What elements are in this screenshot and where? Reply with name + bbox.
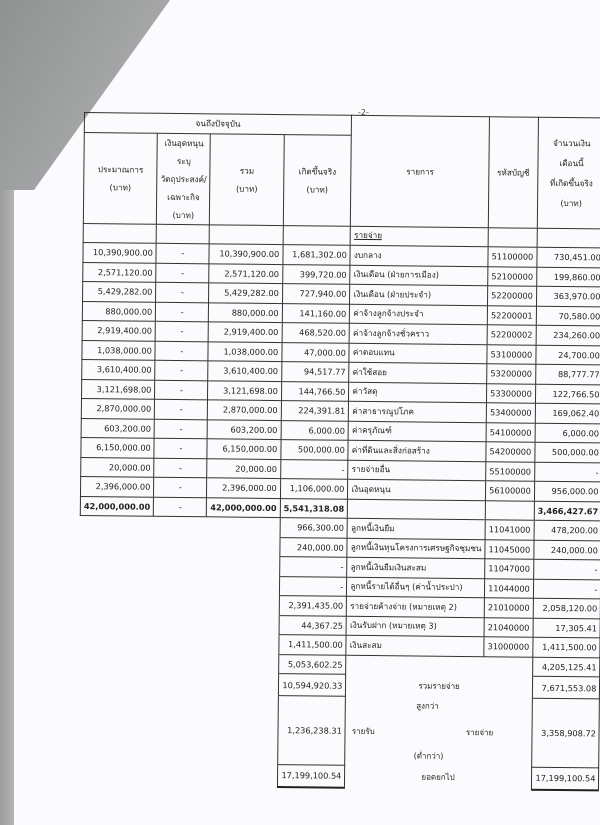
expense-table: จนถึงปัจจุบัน รายการ รหัสบัญชี จำนวนเงิน… — [77, 112, 600, 791]
grant-cell: - — [156, 263, 209, 283]
actual-cell: - — [279, 576, 347, 596]
month-cell: 240,000.00 — [534, 540, 600, 560]
blank-cell — [152, 614, 205, 634]
estimate-cell: 20,000.00 — [81, 457, 155, 477]
code-cell: 54200000 — [486, 442, 535, 462]
code-cell: 21010000 — [484, 598, 533, 618]
month-cell: 2,058,120.00 — [533, 598, 600, 618]
estimate-cell: 5,429,282.00 — [83, 281, 157, 301]
code-cell: 11045000 — [485, 539, 534, 559]
cell — [488, 227, 537, 247]
estimate-cell: 2,396,000.00 — [80, 476, 154, 496]
code-cell: 21040000 — [484, 617, 533, 637]
code-cell: 55100000 — [486, 461, 535, 481]
code-cell: 31000000 — [484, 637, 533, 657]
comparison-row: 1,236,238.31สูงกว่ารายรับรายจ่าย(ต่ำกว่า… — [78, 693, 600, 767]
blank-cell — [206, 517, 280, 537]
month-cell: 730,451.00 — [537, 247, 600, 267]
blank-cell — [205, 614, 279, 634]
estimate-cell: 880,000.00 — [82, 301, 156, 321]
blank-cell — [152, 633, 205, 653]
col-grant: เงินอุดหนุนระบุ วัตถุประสงค์/ เฉพาะกิจ (… — [157, 133, 211, 225]
budget-report: จนถึงปัจจุบัน รายการ รหัสบัญชี จำนวนเงิน… — [77, 112, 600, 791]
code-cell: 51100000 — [488, 247, 537, 267]
blank-cell — [348, 499, 486, 520]
item-cell: ลูกหนี้เงินยืมเงินสะสม — [347, 557, 485, 578]
section-title: รายจ่าย — [350, 226, 488, 247]
comparison-month: 3,358,908.72 — [531, 698, 599, 768]
code-cell: 11044000 — [485, 578, 534, 598]
month-cell: - — [533, 579, 600, 599]
month-cell: 24,700.00 — [536, 345, 600, 365]
expense-text: รายจ่าย — [466, 726, 493, 739]
blank-cell — [204, 764, 278, 787]
month-cell: 122,766.50 — [535, 384, 600, 404]
month-cell: 363,970.00 — [536, 286, 600, 306]
blank-cell — [484, 656, 533, 676]
blank-cell — [205, 673, 279, 696]
actual-total: 5,541,318.08 — [280, 498, 348, 518]
grant-cell: - — [154, 458, 207, 478]
item-cell: ค่าที่ดินและสิ่งก่อสร้าง — [348, 440, 486, 461]
actual-cell: 94,517.77 — [281, 362, 349, 382]
month-cell: 70,580.00 — [536, 306, 600, 326]
estimate-total: 42,000,000.00 — [80, 496, 154, 516]
total-cell: 1,038,000.00 — [208, 341, 282, 361]
col-estimate: ประมาณการ (บาท) — [83, 132, 157, 224]
blank-cell — [152, 653, 205, 673]
item-cell: ค่าจ้างลูกจ้างประจำ — [350, 304, 488, 325]
item-cell: เงินเดือน (ฝ่ายการเมือง) — [350, 265, 488, 286]
code-cell: 53100000 — [487, 344, 536, 364]
item-cell: ค่าครุภัณฑ์ — [348, 421, 486, 442]
actual-cell: 6,000.00 — [281, 420, 349, 440]
blank-cell — [206, 536, 280, 556]
month-cell: - — [533, 559, 600, 579]
code-cell: 52100000 — [488, 266, 537, 286]
blank-cell — [153, 555, 206, 575]
item-cell: ค่าจ้างลูกจ้างชั่วคราว — [349, 323, 487, 344]
blank-cell — [79, 652, 153, 672]
estimate-cell: 2,919,400.00 — [82, 320, 156, 340]
grant-cell: - — [155, 380, 208, 400]
month-cell: 169,062.40 — [535, 403, 600, 423]
item-cell: ค่าสาธารณูปโภค — [349, 401, 487, 422]
item-cell: งบกลาง — [350, 245, 488, 266]
actual-cell: - — [280, 459, 348, 479]
col-month: จำนวนเงิน เดือนนี้ ที่เกิดขึ้นจริง (บาท) — [537, 117, 600, 228]
comparison-label: สูงกว่ารายรับรายจ่าย(ต่ำกว่า) — [345, 696, 532, 767]
month-cell: 500,000.00 — [535, 442, 600, 462]
total-cell: 603,200.00 — [208, 419, 282, 439]
total-cell: 6,150,000.00 — [207, 439, 281, 459]
col-code: รหัสบัญชี — [488, 117, 538, 228]
total-cell: 20,000.00 — [207, 458, 281, 478]
total-cell: 2,571,120.00 — [209, 263, 283, 283]
carry-forward-actual: 17,199,100.54 — [277, 765, 345, 788]
month-cell: 6,000.00 — [535, 423, 600, 443]
actual-cell: 144,766.50 — [281, 381, 349, 401]
month-cell: - — [534, 462, 600, 482]
blank-cell — [346, 655, 484, 676]
code-cell: 52200000 — [488, 286, 537, 306]
blank-cell — [151, 763, 204, 786]
total-cell: 2,919,400.00 — [209, 322, 283, 342]
income-text: รายรับ — [352, 724, 375, 737]
total-cell: 880,000.00 — [209, 302, 283, 322]
total-cell: 2,870,000.00 — [208, 400, 282, 420]
grant-cell: - — [156, 282, 209, 302]
blank-cell — [153, 516, 206, 536]
month-cell: 17,305.41 — [533, 618, 600, 638]
blank-cell — [152, 672, 205, 695]
code-cell: 11041000 — [485, 520, 534, 540]
col-total: รวม (บาท) — [210, 133, 284, 225]
item-cell: เงินสะสม — [346, 635, 484, 656]
section-title-text: รายจ่าย — [354, 230, 382, 240]
code-cell: 52200002 — [487, 325, 536, 345]
actual-cell: 224,391.81 — [281, 401, 349, 421]
actual-cell: 141,160.00 — [282, 303, 350, 323]
blank-cell — [206, 575, 280, 595]
month-cell: 199,860.00 — [536, 267, 600, 287]
blank-cell — [206, 595, 280, 615]
blank-cell — [205, 653, 279, 673]
grand-total-actual: 10,594,920.33 — [278, 674, 346, 697]
blank-cell — [205, 634, 279, 654]
blank-cell — [204, 695, 278, 765]
actual-cell: 1,411,500.00 — [279, 635, 347, 655]
estimate-cell: 3,610,400.00 — [82, 359, 156, 379]
grant-cell: - — [156, 302, 209, 322]
grand-total-month: 7,671,553.08 — [532, 676, 600, 699]
code-cell: 11047000 — [485, 559, 534, 579]
item-cell: เงินอุดหนุน — [348, 479, 486, 500]
col-actual: เกิดขึ้นจริง (บาท) — [283, 134, 352, 226]
actual-cell: 966,300.00 — [280, 518, 348, 538]
month-cell: 234,260.00 — [536, 325, 600, 345]
item-cell: ลูกหนี้รายได้อื่นๆ (ค่าน้ำประปา) — [347, 577, 485, 598]
blank-cell — [78, 693, 152, 763]
blank-cell — [153, 536, 206, 556]
item-cell: ค่าใช้สอย — [349, 362, 487, 383]
grant-cell: - — [155, 399, 208, 419]
estimate-cell: 1,038,000.00 — [82, 340, 156, 360]
month-cell: 478,200.00 — [534, 520, 600, 540]
carry-forward-label: ยอดยกไป — [345, 765, 532, 789]
grand-total-label: รวมรายจ่าย — [346, 674, 533, 698]
grant-cell: - — [154, 419, 207, 439]
estimate-cell: 10,390,900.00 — [83, 242, 157, 262]
other-total-actual: 5,053,602.25 — [278, 654, 346, 674]
blank-cell — [79, 613, 153, 633]
total-cell: 3,610,400.00 — [208, 361, 282, 381]
higher-text: สูงกว่า — [416, 699, 439, 712]
grant-cell: - — [155, 341, 208, 361]
blank-cell — [79, 593, 153, 613]
carry-forward-month: 17,199,100.54 — [531, 767, 599, 790]
grant-cell: - — [155, 360, 208, 380]
actual-cell: - — [279, 557, 347, 577]
actual-cell: 399,720.00 — [282, 264, 350, 284]
item-cell: รายจ่ายค้างจ่าย (หมายเหตุ 2) — [347, 596, 485, 617]
actual-cell: 1,106,000.00 — [280, 479, 348, 499]
item-cell: ลูกหนี้เงินทุนโครงการเศรษฐกิจชุมชน — [347, 538, 485, 559]
code-cell: 56100000 — [486, 481, 535, 501]
month-cell: 88,777.77 — [535, 364, 600, 384]
blank-cell — [80, 535, 154, 555]
estimate-cell: 3,121,698.00 — [81, 379, 155, 399]
blank-cell — [485, 500, 534, 520]
cell — [210, 224, 284, 244]
estimate-cell: 6,150,000.00 — [81, 437, 155, 457]
actual-cell: 44,367.25 — [279, 615, 347, 635]
grant-cell: - — [154, 438, 207, 458]
blank-cell — [77, 762, 151, 785]
total-cell: 3,121,698.00 — [208, 380, 282, 400]
blank-cell — [79, 574, 153, 594]
grant-cell: - — [155, 321, 208, 341]
total-cell: 5,429,282.00 — [209, 283, 283, 303]
blank-cell — [206, 556, 280, 576]
grant-cell: - — [154, 477, 207, 497]
month-cell: 956,000.00 — [534, 481, 600, 501]
total-cell: 10,390,900.00 — [209, 244, 283, 264]
total-total: 42,000,000.00 — [207, 497, 281, 517]
code-cell: 53400000 — [486, 403, 535, 423]
item-cell: รายจ่ายอื่น — [348, 460, 486, 481]
blank-cell — [151, 694, 205, 764]
lower-text: (ต่ำกว่า) — [414, 749, 444, 762]
actual-cell: 47,000.00 — [282, 342, 350, 362]
actual-cell: 2,391,435.00 — [279, 596, 347, 616]
code-cell: 54100000 — [486, 422, 535, 442]
grant-total: - — [154, 497, 207, 517]
actual-cell: 727,940.00 — [282, 284, 350, 304]
actual-cell: 1,681,302.00 — [283, 245, 351, 265]
estimate-cell: 2,571,120.00 — [83, 262, 157, 282]
actual-cell: 468,520.00 — [282, 323, 350, 343]
col-month-label: จำนวนเงิน เดือนนี้ ที่เกิดขึ้นจริง (บาท) — [550, 138, 593, 208]
grant-cell: - — [156, 243, 209, 263]
blank-cell — [153, 575, 206, 595]
cell — [156, 224, 209, 244]
cell — [537, 228, 600, 248]
blank-cell — [79, 632, 153, 652]
col-item: รายการ — [351, 115, 490, 227]
blank-cell — [80, 515, 154, 535]
estimate-cell: 2,870,000.00 — [81, 398, 155, 418]
month-cell: 1,411,500.00 — [533, 637, 600, 657]
item-cell: ค่าตอบแทน — [349, 343, 487, 364]
total-cell: 2,396,000.00 — [207, 478, 281, 498]
item-cell: เงินรับฝาก (หมายเหตุ 3) — [346, 616, 484, 637]
other-total-month: 4,205,125.41 — [532, 657, 600, 677]
blank-cell — [78, 671, 152, 694]
cell — [283, 225, 351, 245]
cell — [83, 223, 157, 243]
item-cell: เงินเดือน (ฝ่ายประจำ) — [350, 284, 488, 305]
code-cell: 53200000 — [487, 364, 536, 384]
code-cell: 52200001 — [487, 305, 536, 325]
estimate-cell: 603,200.00 — [81, 418, 155, 438]
code-cell: 53300000 — [487, 383, 536, 403]
blank-cell — [80, 554, 154, 574]
month-total: 3,466,427.67 — [534, 501, 600, 521]
item-cell: ค่าวัสดุ — [349, 382, 487, 403]
item-cell: ลูกหนี้เงินยืม — [347, 518, 485, 539]
actual-cell: 240,000.00 — [280, 537, 348, 557]
comparison-actual: 1,236,238.31 — [277, 696, 345, 766]
blank-cell — [153, 594, 206, 614]
actual-cell: 500,000.00 — [281, 440, 349, 460]
